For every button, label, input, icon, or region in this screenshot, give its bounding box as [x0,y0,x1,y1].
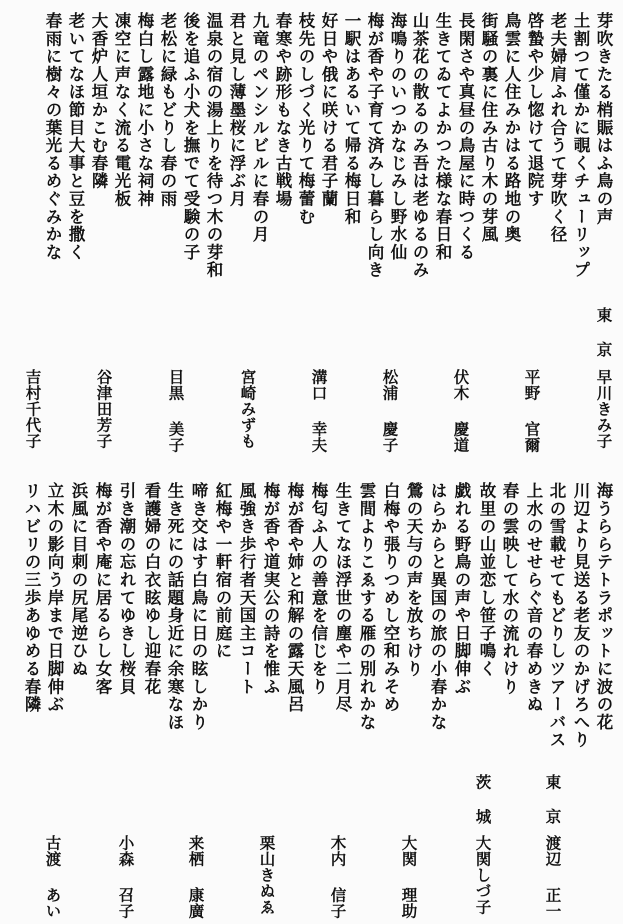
haiku-line: 啼き交はす白鳥に日の眩しかり [189,482,207,731]
author-place: 東京 [544,774,561,843]
author-name: 大関しづ子 [474,835,491,915]
haiku-line: 故里の山並恋し笹子鳴く [477,482,495,678]
author-name: 渡辺正一 [544,835,561,919]
author-family: 古渡 [44,835,62,867]
author-name: 大関理助 [400,835,417,919]
haiku-line: 北の雪載せてもどりしツアーバス [547,482,565,749]
author-given: 康廣 [187,887,205,919]
haiku-line: 立木の影向う岸まで日脚伸ぶ [45,482,63,713]
haiku-line: 春寒や跡形もなき古戦場 [273,12,291,208]
author-family: 平野 [523,369,541,401]
author-name: 来栖康廣 [187,835,204,919]
author-given: 千代子 [24,401,42,449]
haiku-line: 上水のせせらぐ音の春めきぬ [524,482,542,713]
haiku-line: 老いてなほ節目大事と豆を撒く [66,12,84,261]
haiku-line: 好日や俄に咲ける君子蘭 [319,12,337,208]
author-name: 目黒美子 [167,369,184,453]
author-name: 宮崎みずも [239,369,256,449]
author-family: 小森 [117,835,135,867]
haiku-line: 大香炉人垣かこむ春隣 [89,12,107,190]
haiku-line: 生き死にの話題身近に余寒なほ [165,482,183,731]
author-family: 溝口 [310,369,328,401]
author-name: 伏木慶道 [452,369,469,453]
haiku-line: 街騒の裏に住み古り木の芽風 [479,12,497,243]
haiku-line: 梅匂ふ人の善意を信じをり [309,482,327,696]
author-family: 目黒 [167,369,185,401]
author-family: 渡辺 [544,835,562,867]
haiku-line: 山茶花の散るのみ吾は老ゆるのみ [410,12,428,279]
haiku-line: 梅が香や姉と和解の露天風呂 [285,482,303,713]
haiku-line: リハビリの三歩あゆめる春隣 [22,482,40,713]
author-given: あい [44,887,62,919]
haiku-line: 一駅はあるいて帰る梅日和 [342,12,360,226]
author-name: 平野官爾 [523,369,540,453]
haiku-line: 生きてゐてよかつた様な春日和 [433,12,451,261]
haiku-line: 生きてなほ浮世の塵や二月尽 [333,482,351,713]
author-family: 大関 [400,835,418,867]
haiku-line: 引き潮の忘れてゆきし桜貝 [117,482,135,696]
haiku-line: 温泉の宿の湯上りを待つ木の芽和 [204,12,222,279]
author-given: 理助 [400,887,418,919]
author-name: 松浦慶子 [381,369,398,453]
haiku-line: はらからと異国の旅の小春かな [428,482,446,731]
author-family: 伏木 [452,369,470,401]
author-given: 慶道 [452,421,470,453]
haiku-line: 戯れる野鳥の声や日脚伸ぶ [452,482,470,696]
author-name: 小森召子 [117,835,134,919]
author-name: 古渡あい [44,835,61,919]
haiku-line: 老松に緑もどりし春の雨 [158,12,176,208]
author-family: 松浦 [381,369,399,401]
author-family: 木内 [329,835,347,867]
author-name: 栗山きぬゑ [258,835,275,915]
haiku-line: 梅白し露地に小さな祠神 [135,12,153,208]
haiku-line: 海うららテトラポットに波の花 [594,482,612,731]
author-name: 吉村千代子 [24,369,41,449]
haiku-line: 白梅や張りつめし空和みそめ [381,482,399,713]
author-family: 宮崎 [239,369,257,401]
haiku-line: 啓蟄や少し惚けて退院す [525,12,543,208]
haiku-line: 鳥雲に人住みかはる路地の奥 [502,12,520,243]
author-name: 谷津田芳子 [95,369,112,449]
haiku-line: 川辺より見送る老友のかげろへり [571,482,589,749]
author-given: きぬゑ [258,867,276,915]
author-name: 木内信子 [329,835,346,919]
author-family: 吉村 [24,369,42,401]
author-given: 信子 [329,887,347,919]
author-family: 来栖 [187,835,205,867]
haiku-line: 雲間よりこゑする雁の別れかな [357,482,375,731]
haiku-line: 凍空に声なく流る電光板 [112,12,130,208]
haiku-line: 九竜のペンシルビルに春の月 [250,12,268,243]
author-place: 東京 [595,307,612,376]
haiku-line: 海鳴りのいつかなじみし野水仙 [388,12,406,261]
haiku-line: 長閑さや真昼の鳥屋に時つくる [456,12,474,261]
author-family: 栗山 [258,835,276,867]
haiku-line: 後を追ふ小犬を撫でて受験の子 [181,12,199,261]
haiku-line: 枝先のしづく光りて梅蕾む [296,12,314,226]
author-given: 幸夫 [310,421,328,453]
author-given: しづ子 [474,867,492,915]
haiku-line: 芽吹きたる梢賑はふ鳥の声 [594,12,612,226]
author-name: 早川きみ子 [595,369,612,449]
author-given: 官爾 [523,421,541,453]
author-given: みずも [239,401,257,449]
author-given: 美子 [167,421,185,453]
author-family: 谷津田 [95,369,113,417]
author-name: 溝口幸夫 [310,369,327,453]
author-given: 正一 [544,887,562,919]
haiku-line: 浜風に目刺の尻尾逆ひぬ [69,482,87,678]
author-place: 茨城 [474,774,491,843]
haiku-line: 看護婦の白衣眩ゆし迎春花 [142,482,160,696]
haiku-line: 風強き歩行者天国主コート [237,482,255,696]
author-given: 芳子 [95,417,113,449]
author-given: きみ子 [595,401,613,449]
haiku-line: 紅梅や一軒宿の前庭に [213,482,231,660]
author-given: 召子 [117,887,135,919]
haiku-line: 梅が香や子育て済みし暮らし向き [365,12,383,279]
haiku-line: 春雨に樹々の葉光るめぐみかな [43,12,61,261]
haiku-line: 老夫婦肩ふれ合うて芽吹く径 [548,12,566,243]
haiku-line: 春の雲映して水の流れけり [500,482,518,696]
haiku-line: 君と見し薄墨桜に浮ぶ月 [227,12,245,208]
haiku-line: 鶯の天与の声を放ちけり [404,482,422,678]
author-family: 早川 [595,369,613,401]
haiku-line: 土割つて僅かに覗くチューリップ [571,12,589,279]
author-given: 慶子 [381,421,399,453]
author-family: 大関 [474,835,492,867]
haiku-line: 梅が香や道実公の詩を惟ふ [261,482,279,696]
haiku-line: 梅が香や庵に居るらし女客 [93,482,111,696]
